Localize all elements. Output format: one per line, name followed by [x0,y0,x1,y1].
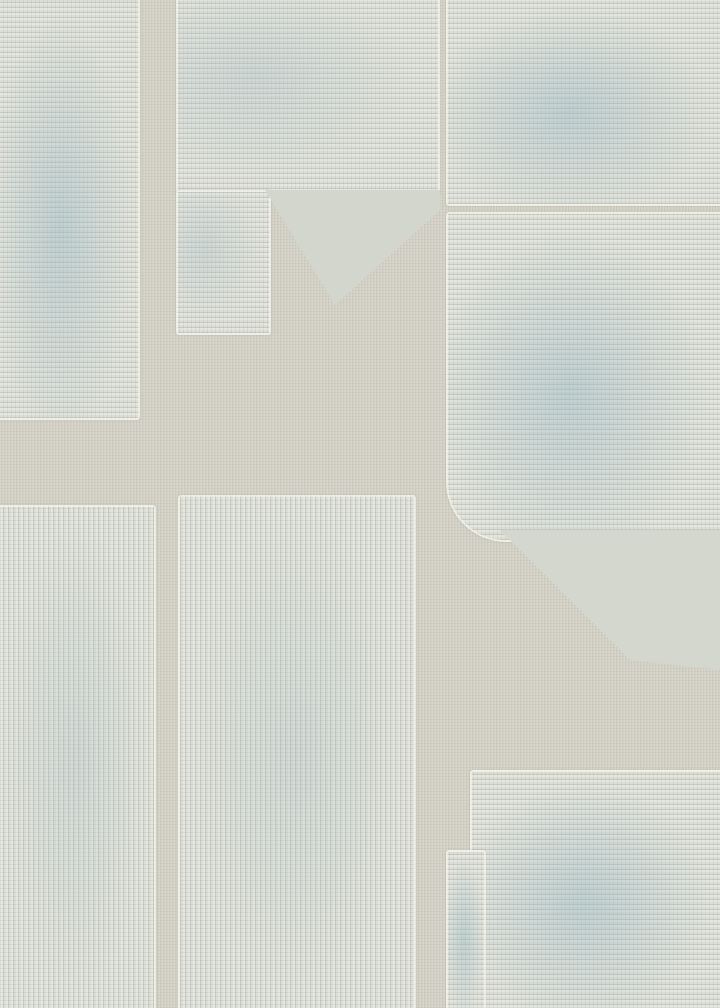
pile-wedge-triangle [265,190,440,310]
pile-block-top-left [0,0,140,420]
pile-block-bottom-right-edge [446,850,486,1008]
pile-block-bottom-left [0,505,156,1008]
pile-block-bottom-right [470,770,720,1008]
pile-block-top-middle-lower-left [176,190,271,335]
pile-block-top-right-lower [446,212,720,542]
rug-texture-photo [0,0,720,1008]
pile-block-top-right [446,0,720,206]
pile-block-top-middle [176,0,440,196]
pile-wedge-lower-right [500,530,720,670]
pile-block-bottom-middle [178,495,416,1008]
